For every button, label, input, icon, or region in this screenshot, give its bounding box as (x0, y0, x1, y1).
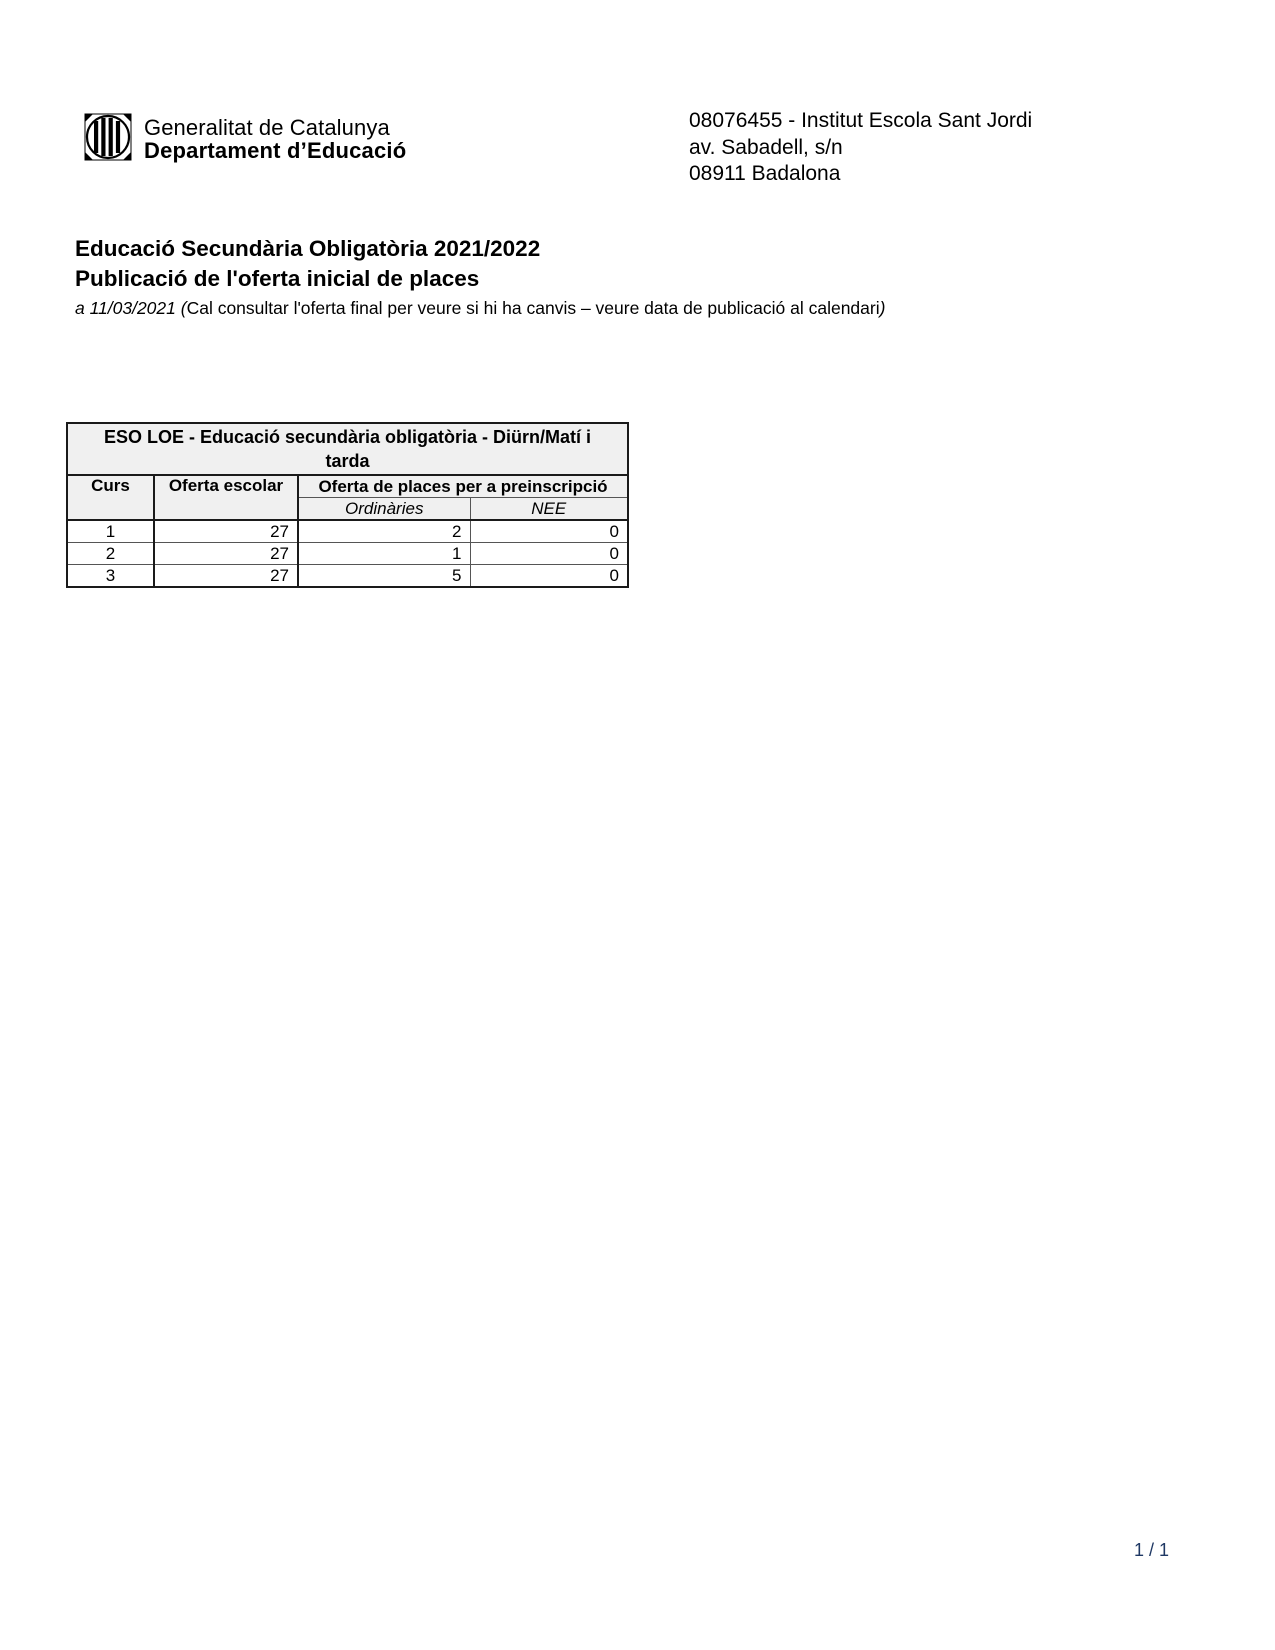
publication-note-close: ) (880, 298, 886, 318)
document-title: Educació Secundària Obligatòria 2021/202… (75, 236, 540, 262)
generalitat-emblem-icon (84, 113, 132, 161)
table-row: 32750 (67, 565, 628, 588)
publication-note: a 11/03/2021 (Cal consultar l'oferta fin… (75, 298, 885, 319)
page-indicator: 1 / 1 (1134, 1540, 1169, 1561)
publication-date: a 11/03/2021 ( (75, 298, 187, 318)
cell-oferta-escolar: 27 (154, 543, 298, 565)
cell-nee: 0 (470, 520, 628, 543)
header-oferta-preinscripcio: Oferta de places per a preinscripció (298, 475, 628, 498)
header-curs: Curs (67, 475, 154, 520)
publication-note-text: Cal consultar l'oferta final per veure s… (187, 298, 880, 318)
school-code-name: 08076455 - Institut Escola Sant Jordi (689, 108, 1032, 135)
cell-ordinaries: 5 (298, 565, 470, 588)
cell-curs: 1 (67, 520, 154, 543)
generalitat-logo: Generalitat de Catalunya Departament d’E… (84, 113, 464, 165)
cell-ordinaries: 2 (298, 520, 470, 543)
cell-nee: 0 (470, 543, 628, 565)
cell-oferta-escolar: 27 (154, 565, 298, 588)
table-caption: ESO LOE - Educació secundària obligatòri… (67, 423, 628, 475)
cell-curs: 3 (67, 565, 154, 588)
document-subtitle: Publicació de l'oferta inicial de places (75, 266, 479, 292)
school-city: 08911 Badalona (689, 161, 1032, 188)
header-oferta-escolar: Oferta escolar (154, 475, 298, 520)
header-ordinaries: Ordinàries (298, 498, 470, 521)
table-row: 22710 (67, 543, 628, 565)
cell-oferta-escolar: 27 (154, 520, 298, 543)
header-nee: NEE (470, 498, 628, 521)
cell-nee: 0 (470, 565, 628, 588)
logo-department-text: Departament d’Educació (144, 138, 406, 164)
cell-curs: 2 (67, 543, 154, 565)
table-row: 12720 (67, 520, 628, 543)
school-address: 08076455 - Institut Escola Sant Jordi av… (689, 108, 1032, 188)
places-offer-table: ESO LOE - Educació secundària obligatòri… (66, 422, 629, 588)
school-street: av. Sabadell, s/n (689, 135, 1032, 162)
cell-ordinaries: 1 (298, 543, 470, 565)
